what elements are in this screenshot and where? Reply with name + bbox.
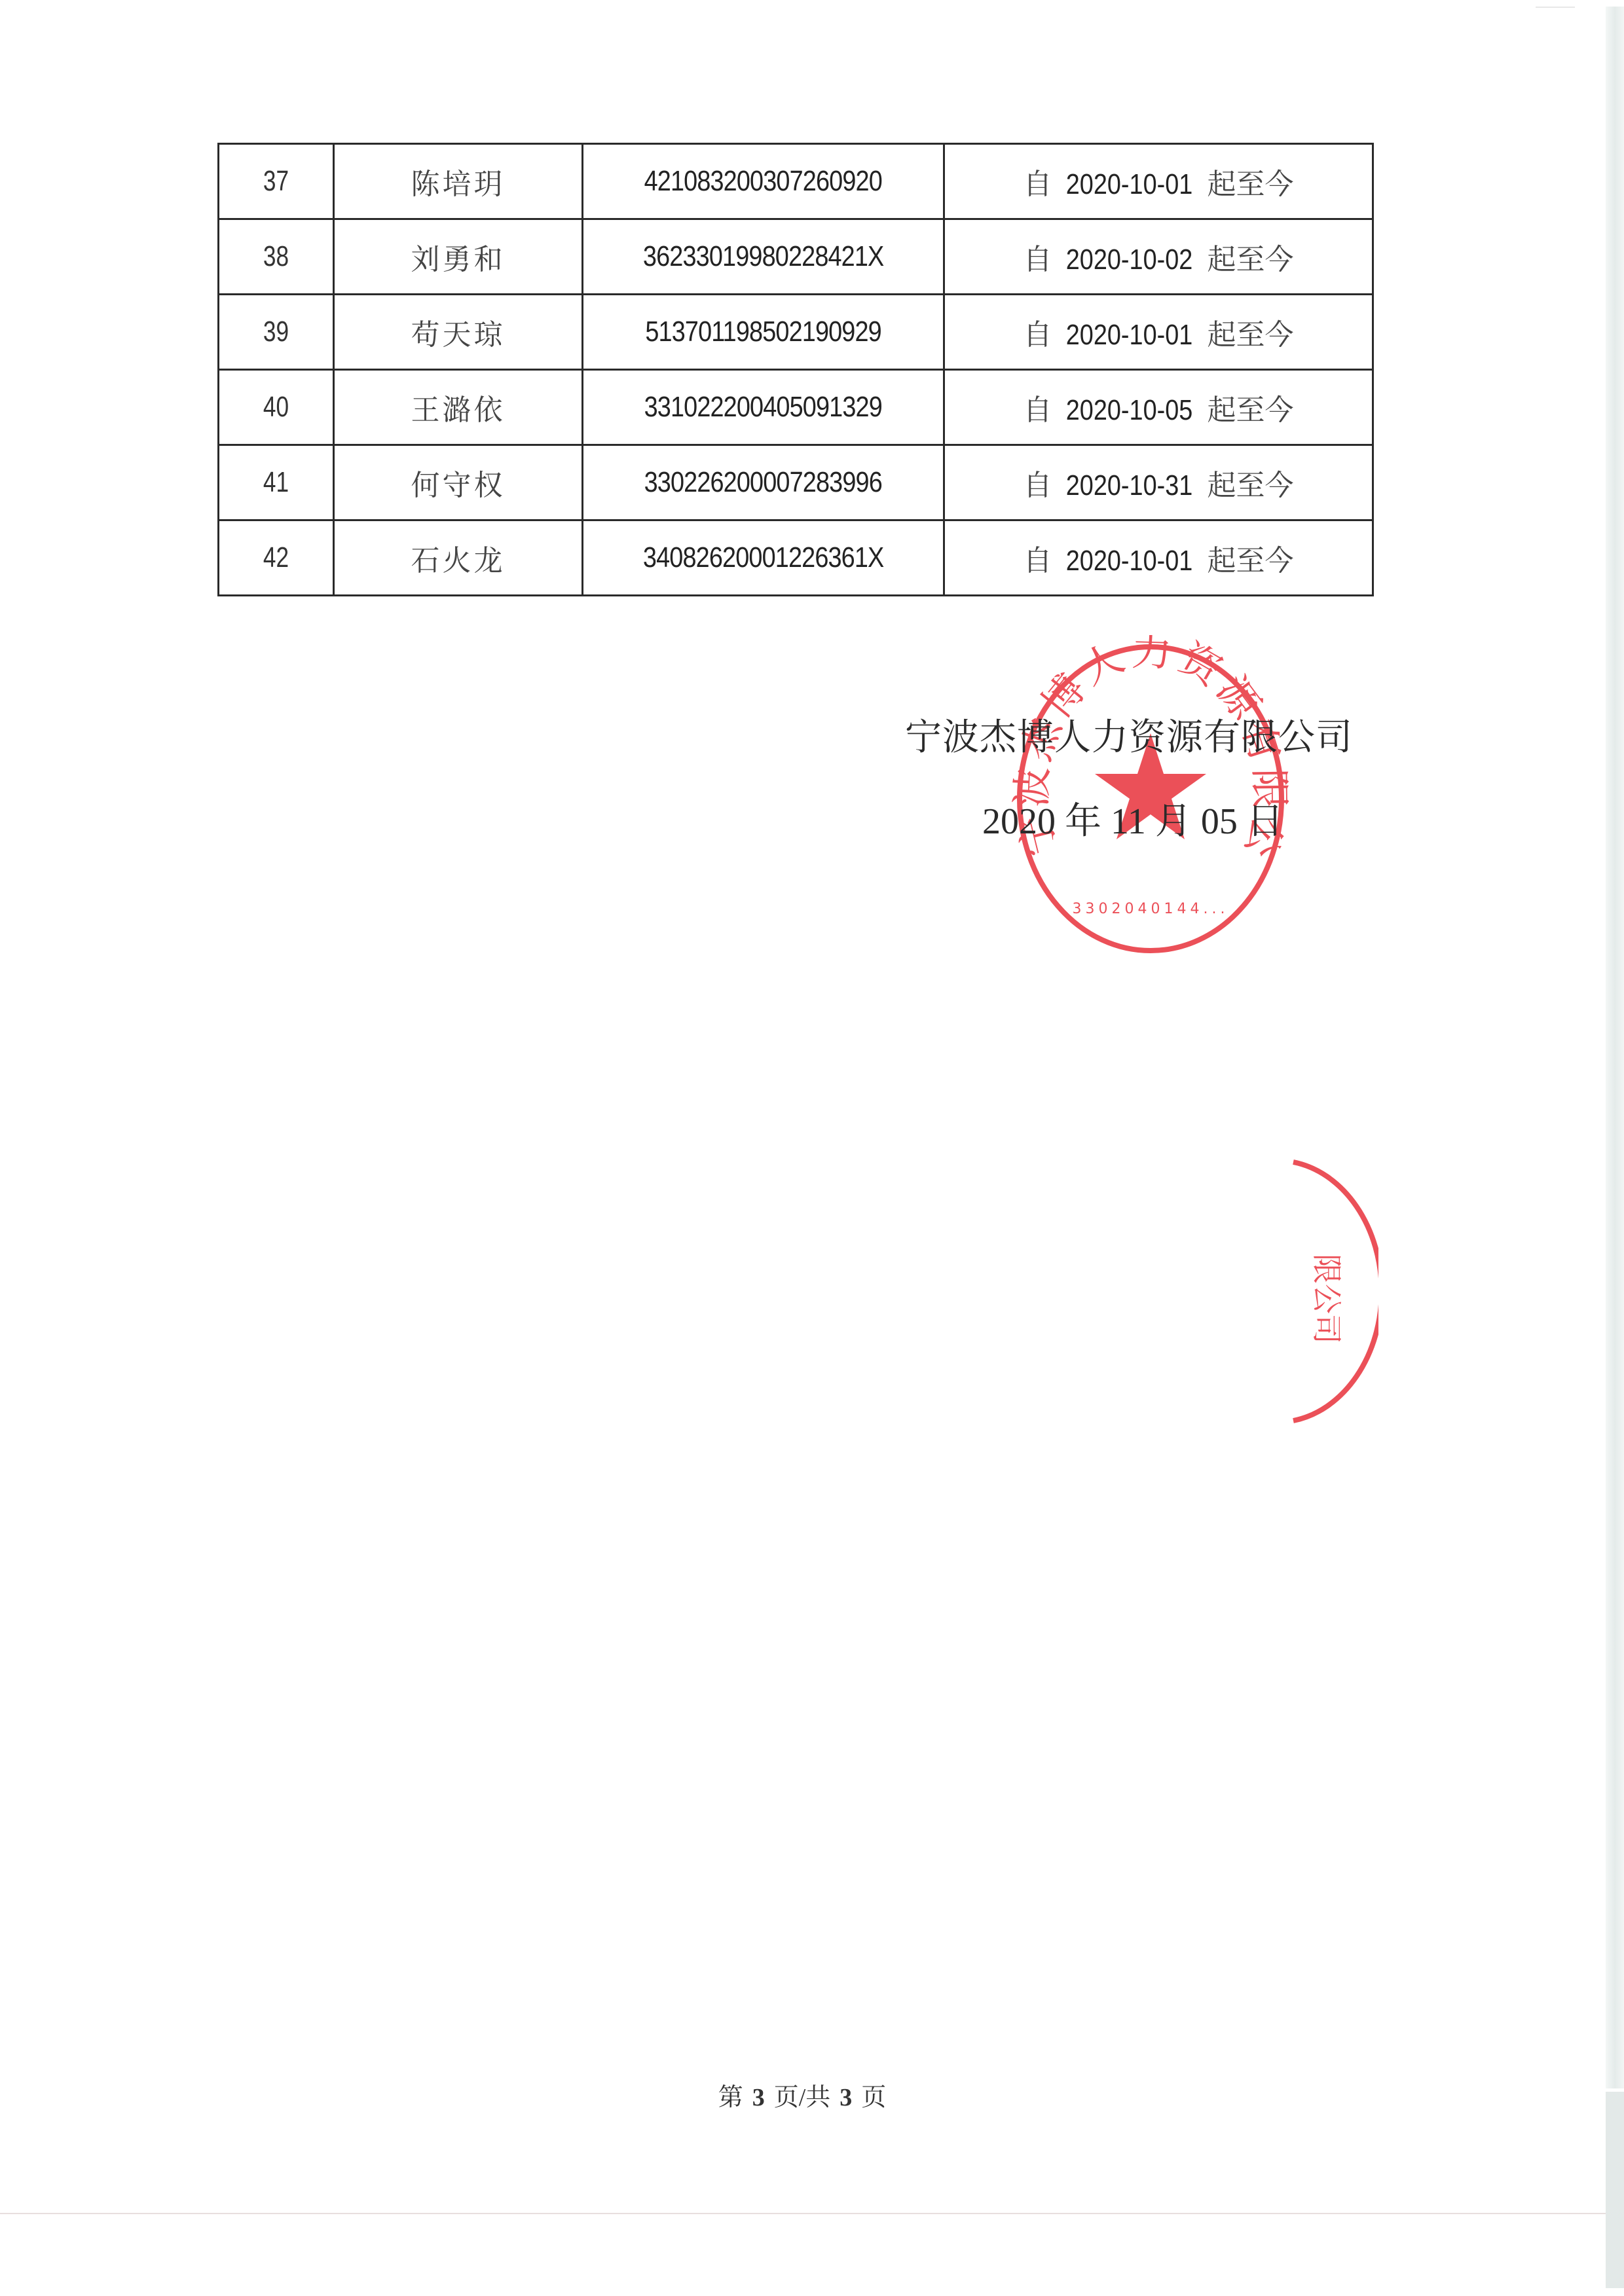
current-page: 3 (752, 2084, 765, 2111)
employment-period: 自 2020-10-01 起至今 (944, 520, 1373, 596)
table-row: 38刘勇和36233019980228421X自 2020-10-02 起至今 (219, 219, 1373, 295)
page-footer: 第3页/共3页 (655, 2077, 950, 2113)
scan-edge (1606, 2092, 1624, 2288)
partial-seal: 限公司 (1280, 1156, 1378, 1427)
company-name: 宁波杰博人力资源有限公司 (905, 708, 1353, 761)
signature-date: 2020 年 11 月 05 日 (982, 792, 1283, 845)
id-number: 421083200307260920 (583, 144, 944, 219)
svg-text:3302040144...: 3302040144... (1073, 901, 1229, 917)
table-row: 40王潞依331022200405091329自 2020-10-05 起至今 (219, 370, 1373, 445)
svg-text:限公司: 限公司 (1309, 1254, 1344, 1344)
employee-name: 王潞依 (334, 370, 583, 445)
row-number: 42 (219, 520, 334, 596)
employee-name: 苟天琼 (334, 295, 583, 370)
employee-name: 何守权 (334, 445, 583, 520)
employee-name: 刘勇和 (334, 219, 583, 295)
scan-artifact (0, 2213, 1624, 2214)
id-number: 34082620001226361X (583, 520, 944, 596)
footer-suffix: 页 (861, 2084, 886, 2111)
total-pages: 3 (840, 2084, 852, 2111)
row-number: 38 (219, 219, 334, 295)
id-number: 330226200007283996 (583, 445, 944, 520)
scan-edge (1606, 7, 1624, 2088)
scan-artifact (1536, 7, 1575, 8)
row-number: 40 (219, 370, 334, 445)
employment-period: 自 2020-10-31 起至今 (944, 445, 1373, 520)
document-page: 37陈培玥421083200307260920自 2020-10-01 起至今3… (0, 0, 1624, 2296)
employment-period: 自 2020-10-01 起至今 (944, 295, 1373, 370)
row-number: 37 (219, 144, 334, 219)
id-number: 331022200405091329 (583, 370, 944, 445)
row-number: 39 (219, 295, 334, 370)
table-row: 41何守权330226200007283996自 2020-10-31 起至今 (219, 445, 1373, 520)
footer-middle: 页/共 (774, 2084, 831, 2111)
table-row: 37陈培玥421083200307260920自 2020-10-01 起至今 (219, 144, 1373, 219)
row-number: 41 (219, 445, 334, 520)
employment-period: 自 2020-10-05 起至今 (944, 370, 1373, 445)
employment-period: 自 2020-10-02 起至今 (944, 219, 1373, 295)
table-row: 42石火龙34082620001226361X自 2020-10-01 起至今 (219, 520, 1373, 596)
id-number: 513701198502190929 (583, 295, 944, 370)
id-number: 36233019980228421X (583, 219, 944, 295)
employee-name: 石火龙 (334, 520, 583, 596)
footer-prefix: 第 (718, 2084, 743, 2111)
employee-table: 37陈培玥421083200307260920自 2020-10-01 起至今3… (217, 143, 1374, 596)
employment-period: 自 2020-10-01 起至今 (944, 144, 1373, 219)
table-row: 39苟天琼513701198502190929自 2020-10-01 起至今 (219, 295, 1373, 370)
employee-name: 陈培玥 (334, 144, 583, 219)
